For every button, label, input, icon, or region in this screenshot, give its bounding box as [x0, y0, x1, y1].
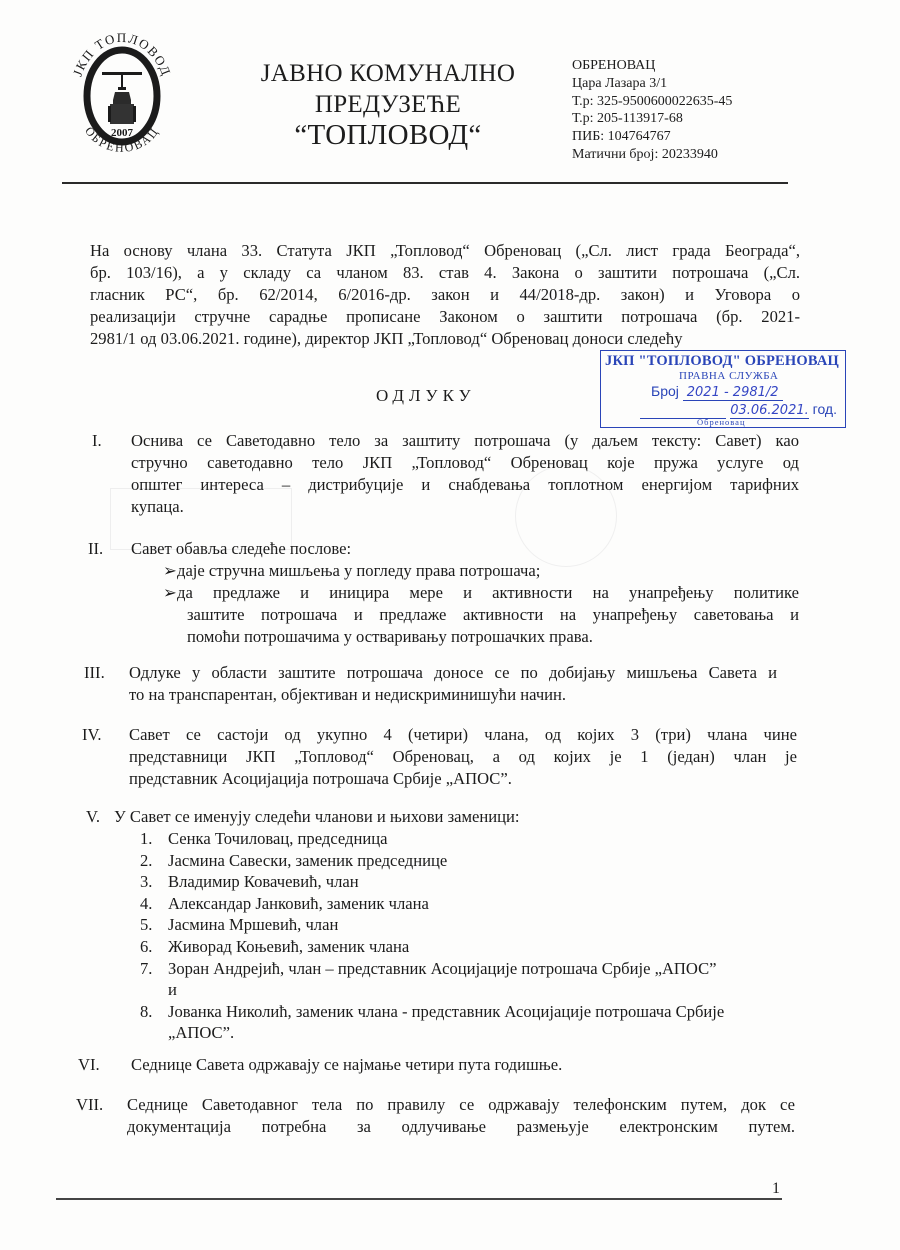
stamp-dept: ПРАВНА СЛУЖБА [679, 370, 778, 382]
list-item: 1.Сенка Точиловац, председница [140, 828, 724, 850]
company-name-line: ЈАВНО КОМУНАЛНО [238, 58, 538, 89]
member-text: Живорад Коњевић, заменик члана [168, 936, 409, 958]
registration-number: Матични број: 20233940 [572, 146, 732, 164]
company-info: ОБРЕНОВАЦ Цара Лазара 3/1 Т.р: 325-95006… [572, 57, 732, 164]
list-item: 8.Јованка Николић, заменик члана - предс… [140, 1001, 724, 1044]
section-number: IV. [82, 724, 102, 746]
address: Цара Лазара 3/1 [572, 75, 732, 93]
bullet-text: даје стручна мишљења у погледу права пот… [177, 560, 540, 582]
item-number: 2. [140, 850, 168, 872]
tax-id: ПИБ: 104764767 [572, 128, 732, 146]
page-number: 1 [772, 1180, 780, 1198]
member-text-cont: и [168, 979, 717, 1001]
section-number: III. [84, 662, 105, 684]
section-number: VII. [76, 1094, 103, 1116]
text-line: општег интереса – дистрибуције и снабдев… [131, 474, 799, 496]
list-item: 5.Јасмина Мршевић, члан [140, 914, 724, 936]
preamble-paragraph: На основу члана 33. Статута ЈКП „Топлово… [90, 240, 800, 350]
member-text: Зоран Андрејић, члан – представник Асоци… [168, 958, 717, 980]
text-line: стручно саветодавно тело ЈКП „Топловод“ … [131, 452, 799, 474]
text-line: да предлаже и иницира мере и активности … [177, 582, 799, 604]
section-6: Седнице Савета одржавају се најмање чети… [131, 1054, 562, 1076]
section-7: Седнице Саветодавног тела по правилу се … [127, 1094, 795, 1138]
list-item: 7.Зоран Андрејић, члан – представник Асо… [140, 958, 724, 1001]
text-line: На основу члана 33. Статута ЈКП „Топлово… [90, 240, 800, 262]
member-text: Јасмина Мршевић, члан [168, 914, 338, 936]
item-number: 4. [140, 893, 168, 915]
item-number: 5. [140, 914, 168, 936]
text-line: Савет се састоји од укупно 4 (четири) чл… [129, 724, 797, 746]
member-text: Александар Јанковић, заменик члана [168, 893, 429, 915]
member-text-cont: „АПОС”. [168, 1022, 724, 1044]
stamp-number-label: Број [651, 383, 679, 399]
section-1: Оснива се Саветодавно тело за заштиту по… [131, 430, 799, 518]
document-title: ОДЛУКУ [376, 386, 476, 406]
bullet-item: ➢ да предлаже и иницира мере и активност… [163, 582, 799, 648]
text-line: то на транспарентан, објективан и недиск… [129, 684, 777, 706]
header-divider [62, 182, 788, 184]
stamp-org: ЈКП "ТОПЛОВОД" ОБРЕНОВАЦ [605, 353, 839, 370]
section-4: Савет се састоји од укупно 4 (четири) чл… [129, 724, 797, 790]
stamp-number: Број 2021 - 2981/2 [651, 383, 783, 400]
text-line: 2981/1 од 03.06.2021. године), директор … [90, 328, 800, 350]
company-logo: ЈКП ТОПЛОВОД ОБРЕНОВАЦ 2007 [68, 28, 176, 162]
section-number: I. [92, 430, 102, 452]
text-line: Оснива се Саветодавно тело за заштиту по… [131, 430, 799, 452]
registry-stamp: ЈКП "ТОПЛОВОД" ОБРЕНОВАЦ ПРАВНА СЛУЖБА Б… [600, 350, 846, 428]
item-number: 8. [140, 1001, 168, 1044]
city: ОБРЕНОВАЦ [572, 57, 732, 75]
text-line: помоћи потрошачима у остваривању потроша… [187, 626, 799, 648]
text-line: гласник РС“, бр. 62/2014, 6/2016-др. зак… [90, 284, 800, 306]
valve-icon [102, 72, 142, 124]
bullet-item: ➢ даје стручна мишљења у погледу права п… [163, 560, 799, 582]
stamp-date-suffix: год. [813, 401, 837, 417]
member-text: Владимир Ковачевић, члан [168, 871, 359, 893]
section-2: Савет обавља следеће послове: ➢ даје стр… [131, 538, 799, 648]
section-number: VI. [78, 1054, 100, 1076]
list-item: 4.Александар Јанковић, заменик члана [140, 893, 724, 915]
item-number: 6. [140, 936, 168, 958]
section-3: Одлуке у области заштите потрошача донос… [129, 662, 777, 706]
list-item: 2.Јасмина Савески, заменик председнице [140, 850, 724, 872]
stamp-number-value: 2021 - 2981/2 [683, 385, 783, 401]
member-text: Јованка Николић, заменик члана - предста… [168, 1001, 724, 1023]
item-number: 3. [140, 871, 168, 893]
arrow-bullet-icon: ➢ [163, 560, 177, 582]
text-line: Седнице Саветодавног тела по правилу се … [127, 1094, 795, 1116]
member-text: Јасмина Савески, заменик председнице [168, 850, 447, 872]
svg-text:ЈКП ТОПЛОВОД: ЈКП ТОПЛОВОД [70, 30, 174, 78]
list-item: 3.Владимир Ковачевић, члан [140, 871, 724, 893]
text-line: бр. 103/16), а у складу са чланом 83. ст… [90, 262, 800, 284]
text-line: представници ЈКП „Топловод“ Обреновац, а… [129, 746, 797, 768]
text-line: заштите потрошача и предлаже активности … [187, 604, 799, 626]
section-intro: Савет обавља следеће послове: [131, 538, 799, 560]
member-list: 1.Сенка Точиловац, председница 2.Јасмина… [140, 828, 724, 1044]
arrow-bullet-icon: ➢ [163, 582, 177, 648]
text-line: реализацији стручне сарадње прописане За… [90, 306, 800, 328]
item-number: 1. [140, 828, 168, 850]
footer-divider [56, 1198, 782, 1200]
svg-text:2007: 2007 [111, 127, 134, 139]
company-name-line: “ТОПЛОВОД“ [238, 120, 538, 151]
text-line: представник Асоцијација потрошача Србије… [129, 768, 797, 790]
item-number: 7. [140, 958, 168, 1001]
text-line: купаца. [131, 496, 799, 518]
member-text: Сенка Точиловац, председница [168, 828, 388, 850]
document-page: ЈКП ТОПЛОВОД ОБРЕНОВАЦ 2007 ЈАВНО КОМУНА… [0, 0, 900, 1250]
company-name: ЈАВНО КОМУНАЛНО ПРЕДУЗЕЋЕ “ТОПЛОВОД“ [238, 58, 538, 151]
section-number: V. [86, 806, 100, 828]
text-line: Одлуке у области заштите потрошача донос… [129, 662, 777, 684]
list-item: 6.Живорад Коњевић, заменик члана [140, 936, 724, 958]
stamp-city: Обреновац [697, 417, 746, 427]
section-5-intro: У Савет се именују следећи чланови и њих… [114, 806, 520, 828]
bank-account: Т.р: 205-113917-68 [572, 110, 732, 128]
text-line: документација потребна за одлучивање раз… [127, 1116, 795, 1138]
section-number: II. [88, 538, 103, 560]
stamp-date-year: 21. [788, 403, 809, 419]
bank-account: Т.р: 325-9500600022635-45 [572, 93, 732, 111]
company-name-line: ПРЕДУЗЕЋЕ [238, 89, 538, 120]
